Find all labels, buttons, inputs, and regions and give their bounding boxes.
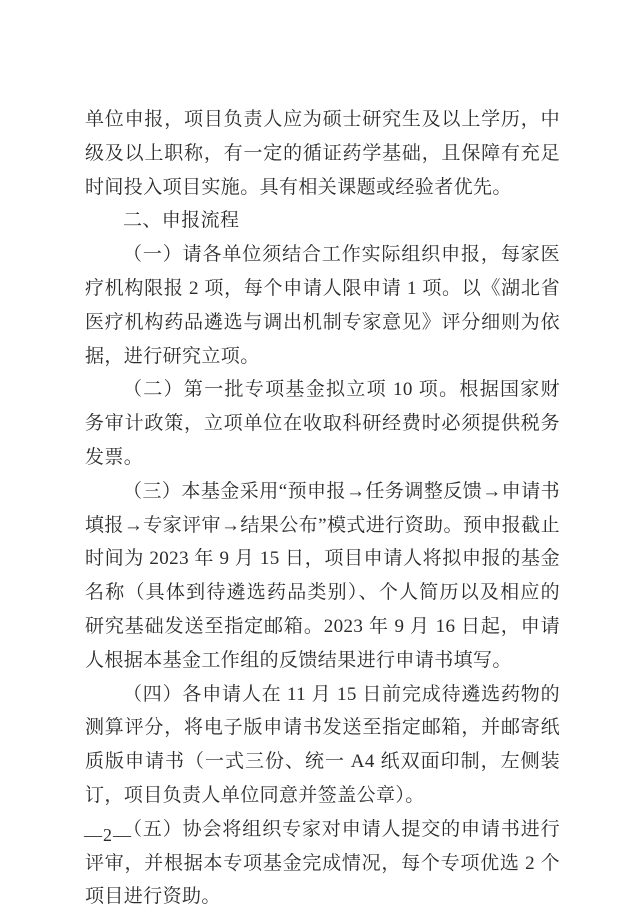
section-heading: 二、申报流程 bbox=[85, 204, 560, 238]
body-paragraph-item-4: （四）各申请人在 11 月 15 日前完成待遴选药物的测算评分，将电子版申请书发… bbox=[85, 678, 560, 813]
document-page: 单位申报，项目负责人应为硕士研究生及以上学历，中级及以上职称，有一定的循证药学基… bbox=[0, 0, 644, 911]
page-number: —2— bbox=[84, 824, 132, 846]
body-paragraph-item-5: （五）协会将组织专家对申请人提交的申请书进行评审，并根据本专项基金完成情况，每个… bbox=[85, 813, 560, 911]
body-paragraph-item-1: （一）请各单位须结合工作实际组织申报，每家医疗机构限报 2 项，每个申请人限申请… bbox=[85, 238, 560, 373]
body-paragraph-item-2: （二）第一批专项基金拟立项 10 项。根据国家财务审计政策，立项单位在收取科研经… bbox=[85, 373, 560, 474]
body-paragraph-item-3: （三）本基金采用“预申报→任务调整反馈→申请书填报→专家评审→结果公布”模式进行… bbox=[85, 475, 560, 678]
body-paragraph-continuation: 单位申报，项目负责人应为硕士研究生及以上学历，中级及以上职称，有一定的循证药学基… bbox=[85, 103, 560, 204]
